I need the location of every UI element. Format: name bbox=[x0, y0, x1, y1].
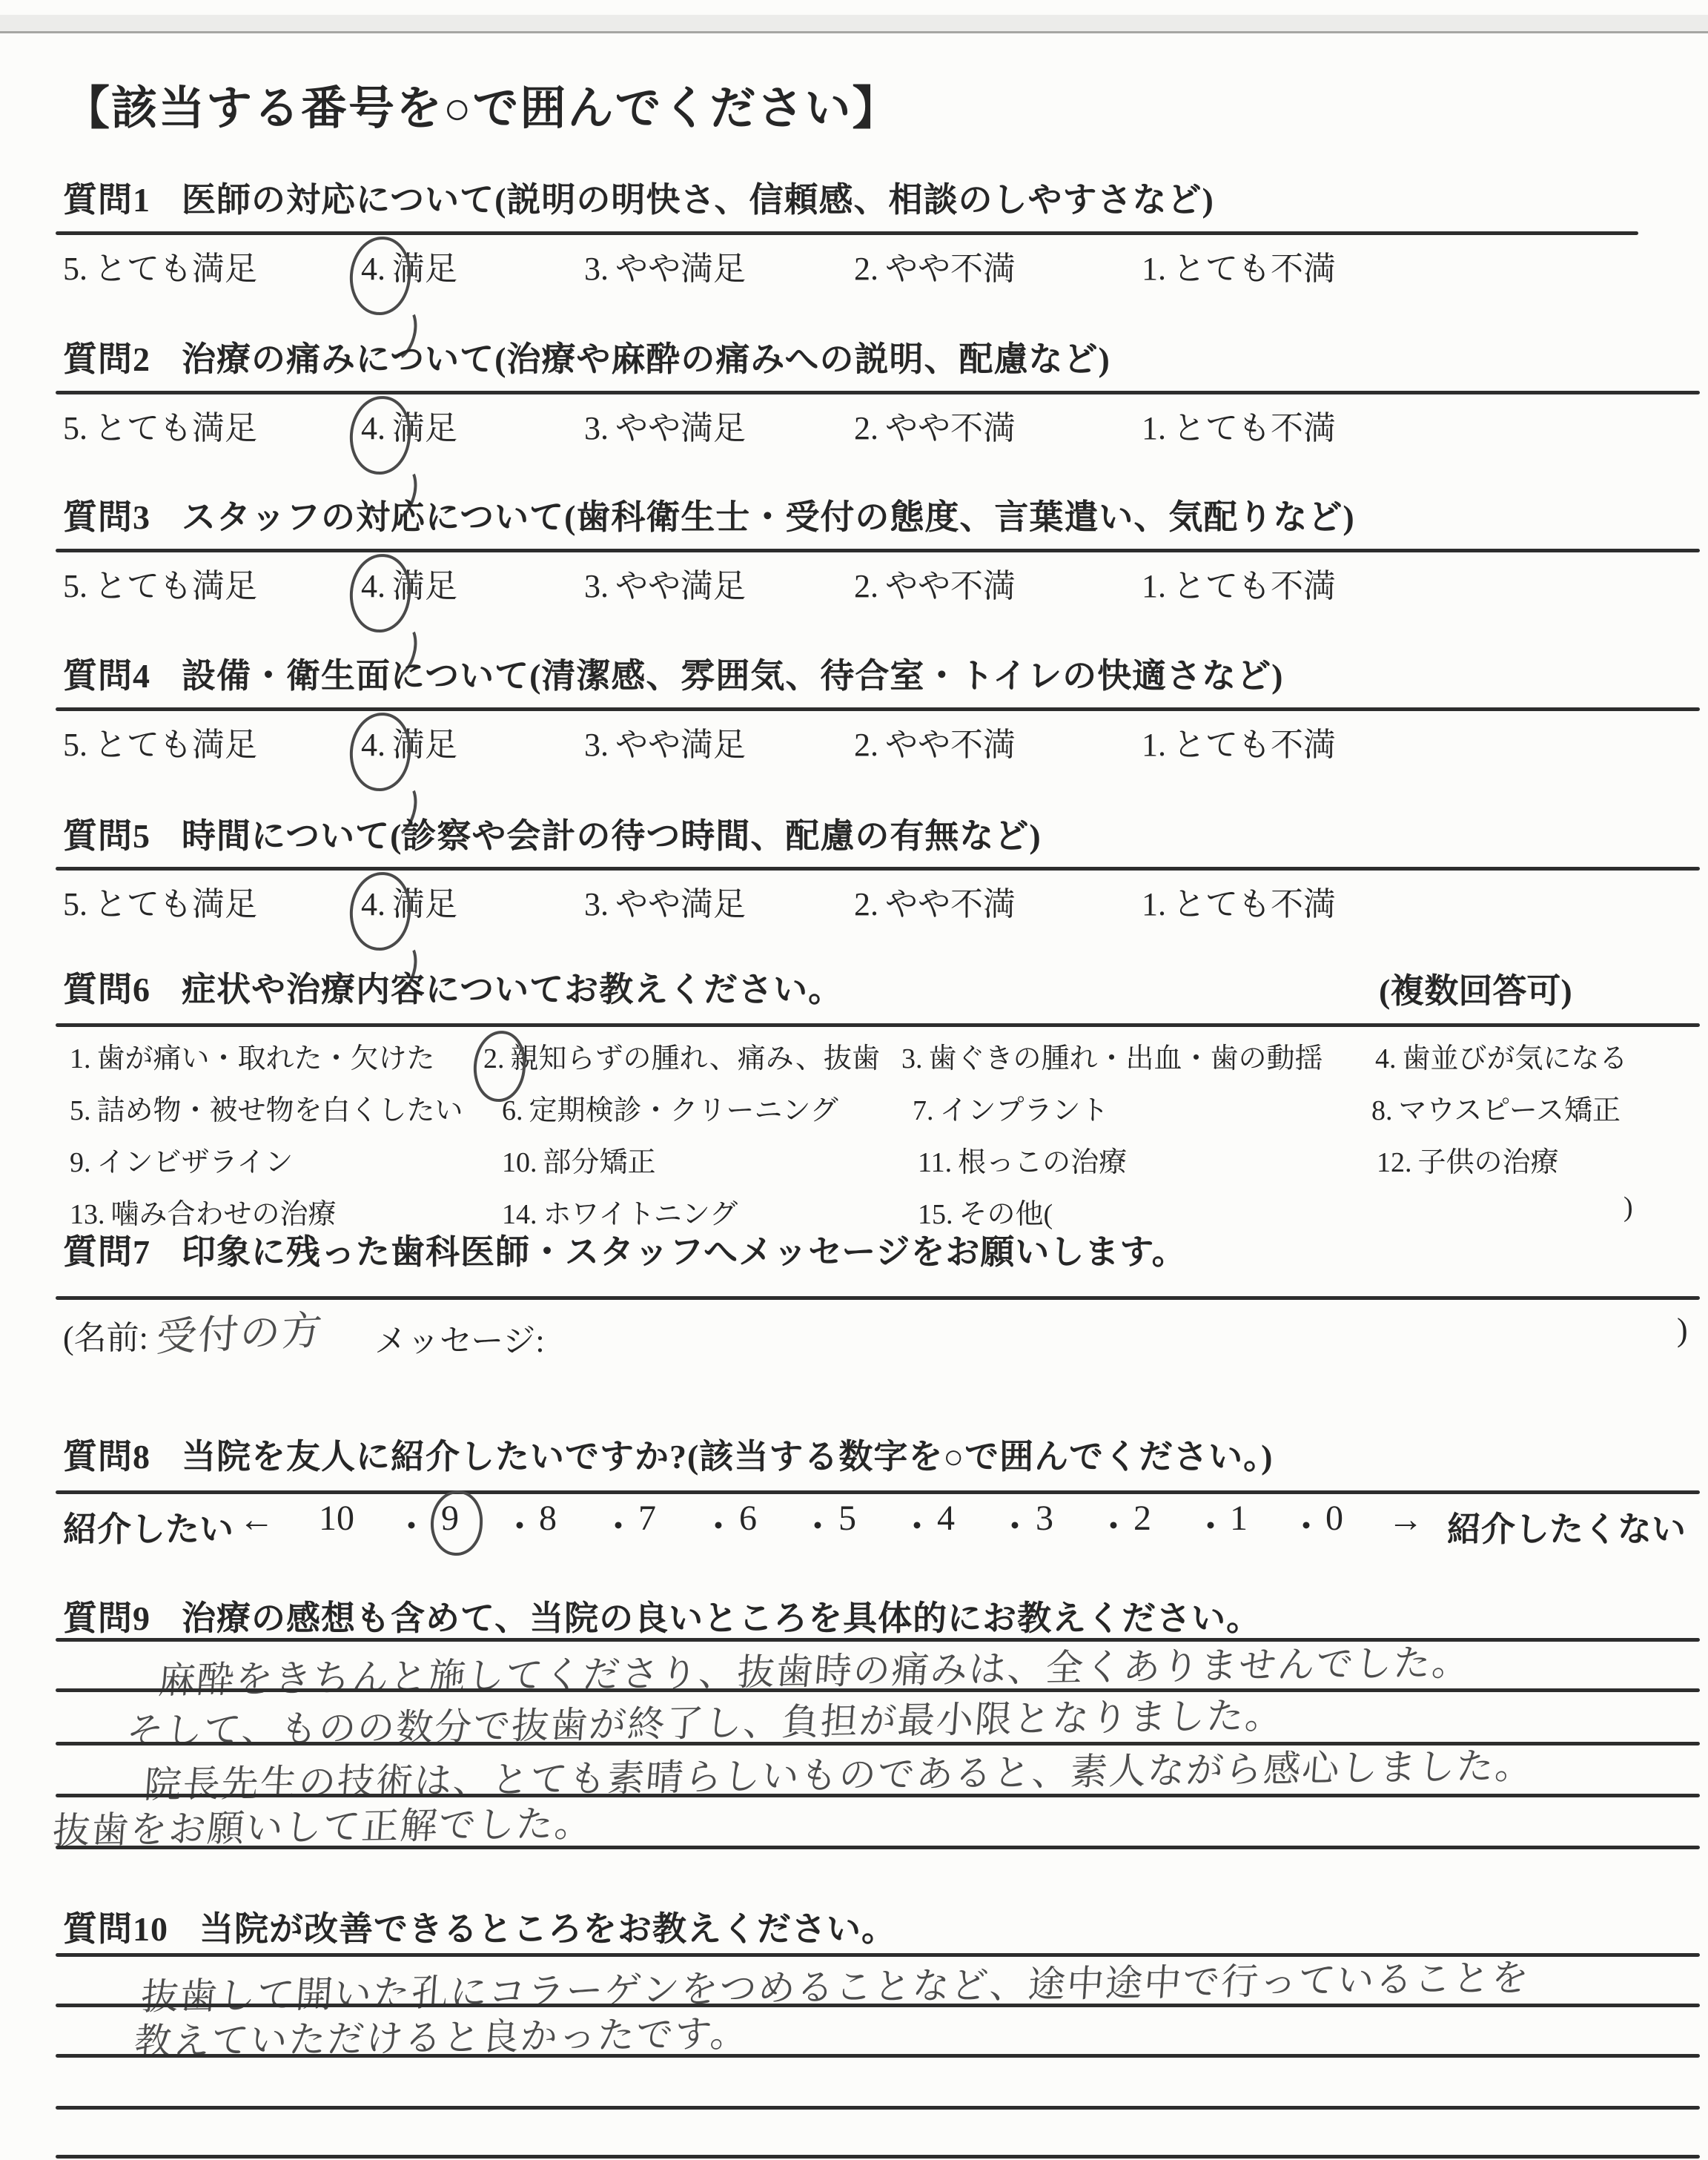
satisfaction-option: 1.とても不満 bbox=[1142, 559, 1336, 607]
nps-number: 5 bbox=[838, 1498, 856, 1539]
option-number: 5. bbox=[63, 886, 87, 922]
question-number: 質問8 bbox=[63, 1430, 150, 1479]
ruled-line bbox=[56, 2155, 1700, 2159]
satisfaction-option: 3.やや満足 bbox=[584, 559, 746, 607]
nps-number: 4 bbox=[937, 1498, 955, 1539]
dot-separator: ・ bbox=[701, 1498, 736, 1549]
dot-separator: ・ bbox=[997, 1498, 1033, 1549]
option-number: 3. bbox=[584, 568, 609, 604]
handwritten-circle: 2. bbox=[483, 1043, 511, 1075]
handwritten-circle: 4. bbox=[361, 409, 392, 447]
nps-number: 6 bbox=[739, 1498, 757, 1539]
option-number: 4. bbox=[361, 251, 385, 287]
item-label: インビザライン bbox=[97, 1147, 294, 1178]
item-label: 歯ぐきの腫れ・出血・歯の動揺 bbox=[929, 1043, 1323, 1074]
option-number: 1. bbox=[1142, 410, 1166, 446]
option-label: とても満足 bbox=[94, 251, 257, 287]
other-close-paren: ) bbox=[1623, 1191, 1633, 1223]
scan-edge-artifact bbox=[0, 15, 1708, 33]
item-label: マウスピース矯正 bbox=[1399, 1095, 1621, 1126]
symptom-item: 4.歯並びが気になる bbox=[1375, 1035, 1628, 1076]
nps-number: 1 bbox=[1230, 1498, 1248, 1539]
option-label: とても満足 bbox=[94, 410, 257, 446]
satisfaction-option: 2.やや不満 bbox=[854, 242, 1016, 289]
handwritten-circle: 9 bbox=[441, 1498, 459, 1539]
recommend-label: 紹介したい bbox=[63, 1502, 234, 1551]
option-label: とても不満 bbox=[1173, 886, 1336, 922]
satisfaction-option-selected: 4.満足 bbox=[361, 559, 457, 607]
satisfaction-option: 5.とても満足 bbox=[63, 559, 257, 607]
option-number: 3. bbox=[584, 886, 609, 922]
question-8-header: 質問8 当院を友人に紹介したいですか?(該当する数字を○で囲んでください。) bbox=[63, 1430, 1273, 1479]
question-7-header: 質問7 印象に残った歯科医師・スタッフへメッセージをお願いします。 bbox=[63, 1225, 1187, 1274]
multiple-answers-note: (複数回答可) bbox=[1379, 964, 1572, 1013]
satisfaction-option: 3.やや満足 bbox=[584, 877, 746, 925]
dot-separator: ・ bbox=[800, 1498, 835, 1549]
ruled-line bbox=[56, 707, 1700, 711]
satisfaction-option: 5.とても満足 bbox=[63, 401, 257, 449]
symptom-item: 9.インビザライン bbox=[70, 1139, 293, 1180]
nps-number-selected: 9 bbox=[441, 1498, 459, 1539]
option-label: とても不満 bbox=[1173, 727, 1336, 763]
question-10-header: 質問10 当院が改善できるところをお教えください。 bbox=[63, 1902, 896, 1951]
option-number: 3. bbox=[584, 410, 609, 446]
ruled-line bbox=[56, 1023, 1700, 1027]
item-number: 11. bbox=[918, 1147, 952, 1178]
close-paren: ) bbox=[1677, 1311, 1688, 1349]
satisfaction-option-selected: 4.満足 bbox=[361, 242, 457, 289]
left-arrow: ← bbox=[239, 1499, 274, 1540]
question-topic: 医師の対応について(説明の明快さ、信頼感、相談のしやすさなど) bbox=[182, 173, 1214, 222]
option-label: やや満足 bbox=[615, 410, 746, 446]
question-number: 質問10 bbox=[63, 1902, 168, 1951]
handwritten-name-answer: 受付の方 bbox=[154, 1298, 325, 1363]
option-number: 2. bbox=[854, 251, 878, 287]
symptom-item: 10.部分矯正 bbox=[502, 1139, 656, 1180]
satisfaction-option: 2.やや不満 bbox=[854, 559, 1016, 607]
item-label: 定期検診・クリーニング bbox=[529, 1095, 838, 1126]
dot-separator: ・ bbox=[1193, 1498, 1228, 1549]
question-2-header: 質問2 治療の痛みについて(治療や麻酔の痛みへの説明、配慮など) bbox=[63, 332, 1110, 381]
symptom-item: 11.根っこの治療 bbox=[918, 1139, 1127, 1180]
question-topic: 設備・衛生面について(清潔感、雰囲気、待合室・トイレの快適さなど) bbox=[182, 649, 1283, 698]
option-label: とても不満 bbox=[1173, 251, 1336, 287]
option-number: 5. bbox=[63, 727, 87, 763]
question-number: 質問4 bbox=[63, 649, 150, 698]
handwritten-circle: 4. bbox=[361, 726, 392, 764]
symptom-item-selected: 2.親知らずの腫れ、痛み、抜歯 bbox=[483, 1035, 880, 1076]
not-recommend-label: 紹介したくない bbox=[1447, 1502, 1686, 1551]
item-label: 歯並びが気になる bbox=[1403, 1043, 1628, 1074]
item-number: 1. bbox=[70, 1043, 91, 1074]
right-arrow: → bbox=[1388, 1499, 1423, 1540]
option-number: 4. bbox=[361, 727, 385, 763]
dot-separator: ・ bbox=[502, 1498, 537, 1549]
question-1-header: 質問1 医師の対応について(説明の明快さ、信頼感、相談のしやすさなど) bbox=[63, 173, 1214, 222]
question-number: 質問6 bbox=[63, 962, 150, 1011]
question-topic: スタッフの対応について(歯科衛生士・受付の態度、言葉遣い、気配りなど) bbox=[182, 490, 1355, 539]
question-3-header: 質問3 スタッフの対応について(歯科衛生士・受付の態度、言葉遣い、気配りなど) bbox=[63, 490, 1355, 539]
option-number: 2. bbox=[854, 410, 878, 446]
question-6-header: 質問6 症状や治療内容についてお教えください。 bbox=[63, 962, 843, 1011]
symptom-item: 3.歯ぐきの腫れ・出血・歯の動揺 bbox=[901, 1035, 1323, 1076]
option-label: やや不満 bbox=[885, 568, 1016, 604]
question-topic: 当院が改善できるところをお教えください。 bbox=[199, 1902, 896, 1951]
option-number: 4. bbox=[361, 410, 385, 446]
ruled-line bbox=[56, 549, 1700, 552]
option-label: やや満足 bbox=[615, 727, 746, 763]
ruled-line bbox=[56, 1846, 1700, 1849]
question-number: 質問5 bbox=[63, 809, 150, 858]
scanned-survey-page: 【該当する番号を○で囲んでください】 質問1 医師の対応について(説明の明快さ、… bbox=[0, 0, 1708, 2160]
nps-number: 7 bbox=[638, 1498, 656, 1539]
ruled-line bbox=[56, 1794, 1700, 1797]
question-number: 質問7 bbox=[63, 1225, 150, 1274]
question-topic: 時間について(診察や会計の待つ時間、配慮の有無など) bbox=[182, 809, 1042, 858]
option-number: 3. bbox=[584, 251, 609, 287]
question-1-options: 5.とても満足 4.満足 3.やや満足 2.やや不満 1.とても不満 bbox=[0, 242, 1708, 294]
satisfaction-option: 5.とても満足 bbox=[63, 242, 257, 289]
message-field-label: メッセージ: bbox=[374, 1314, 545, 1361]
handwritten-circle: 4. bbox=[361, 885, 392, 923]
nps-number: 8 bbox=[539, 1498, 557, 1539]
satisfaction-option: 5.とても満足 bbox=[63, 718, 257, 765]
name-field-label: (名前: bbox=[63, 1311, 148, 1358]
item-label: 子供の治療 bbox=[1418, 1147, 1559, 1178]
satisfaction-option-selected: 4.満足 bbox=[361, 718, 457, 765]
handwritten-circle: 4. bbox=[361, 567, 392, 605]
question-4-header: 質問4 設備・衛生面について(清潔感、雰囲気、待合室・トイレの快適さなど) bbox=[63, 649, 1283, 698]
question-5-header: 質問5 時間について(診察や会計の待つ時間、配慮の有無など) bbox=[63, 809, 1042, 858]
dot-separator: ・ bbox=[600, 1498, 636, 1549]
item-number: 4. bbox=[1375, 1043, 1397, 1074]
item-label: 根っこの治療 bbox=[958, 1147, 1127, 1178]
nps-number: 0 bbox=[1325, 1498, 1343, 1539]
option-label: とても満足 bbox=[94, 886, 257, 922]
item-number: 7. bbox=[913, 1095, 934, 1126]
item-number: 10. bbox=[502, 1147, 537, 1178]
item-number: 6. bbox=[502, 1095, 523, 1126]
nps-number-text: 9 bbox=[441, 1499, 459, 1538]
option-label: とても不満 bbox=[1173, 410, 1336, 446]
satisfaction-option-selected: 4.満足 bbox=[361, 401, 457, 449]
nps-number: 3 bbox=[1036, 1498, 1053, 1539]
option-label: やや不満 bbox=[885, 886, 1016, 922]
option-number: 5. bbox=[63, 410, 87, 446]
question-number: 質問1 bbox=[63, 173, 150, 222]
satisfaction-option: 1.とても不満 bbox=[1142, 401, 1336, 449]
symptom-item: 8.マウスピース矯正 bbox=[1371, 1087, 1621, 1128]
item-label: インプラント bbox=[940, 1095, 1109, 1126]
satisfaction-option: 3.やや満足 bbox=[584, 242, 746, 289]
question-number: 質問9 bbox=[63, 1591, 150, 1640]
question-topic: 症状や治療内容についてお教えください。 bbox=[182, 962, 843, 1011]
option-number: 5. bbox=[63, 568, 87, 604]
satisfaction-option-selected: 4.満足 bbox=[361, 877, 457, 925]
option-number: 4. bbox=[361, 568, 385, 604]
satisfaction-option: 1.とても不満 bbox=[1142, 242, 1336, 289]
option-number: 2. bbox=[854, 727, 878, 763]
dot-separator: ・ bbox=[394, 1498, 429, 1549]
option-number: 2. bbox=[854, 886, 878, 922]
ruled-line bbox=[56, 1490, 1700, 1494]
question-5-options: 5.とても満足 4.満足 3.やや満足 2.やや不満 1.とても不満 bbox=[0, 877, 1708, 929]
question-4-options: 5.とても満足 4.満足 3.やや満足 2.やや不満 1.とても不満 bbox=[0, 718, 1708, 770]
handwritten-circle: 4. bbox=[361, 250, 392, 288]
option-number: 5. bbox=[63, 251, 87, 287]
dot-separator: ・ bbox=[899, 1498, 935, 1549]
nps-number: 2 bbox=[1133, 1498, 1151, 1539]
option-number: 3. bbox=[584, 727, 609, 763]
question-topic: 当院を友人に紹介したいですか?(該当する数字を○で囲んでください。) bbox=[182, 1430, 1273, 1479]
item-label: 親知らずの腫れ、痛み、抜歯 bbox=[511, 1043, 881, 1074]
item-label: 詰め物・被せ物を白くしたい bbox=[97, 1095, 463, 1126]
option-number: 1. bbox=[1142, 568, 1166, 604]
option-number: 1. bbox=[1142, 886, 1166, 922]
item-number: 3. bbox=[901, 1043, 923, 1074]
satisfaction-option: 5.とても満足 bbox=[63, 877, 257, 925]
question-2-options: 5.とても満足 4.満足 3.やや満足 2.やや不満 1.とても不満 bbox=[0, 401, 1708, 453]
item-number: 5. bbox=[70, 1095, 91, 1126]
option-label: やや不満 bbox=[885, 727, 1016, 763]
item-number: 9. bbox=[70, 1147, 91, 1178]
option-label: やや満足 bbox=[615, 886, 746, 922]
item-number: 12. bbox=[1377, 1147, 1412, 1178]
ruled-line bbox=[56, 867, 1700, 871]
ruled-line bbox=[56, 391, 1700, 394]
option-label: やや満足 bbox=[615, 568, 746, 604]
option-label: とても満足 bbox=[94, 568, 257, 604]
satisfaction-option: 1.とても不満 bbox=[1142, 718, 1336, 765]
satisfaction-option: 2.やや不満 bbox=[854, 718, 1016, 765]
question-3-options: 5.とても満足 4.満足 3.やや満足 2.やや不満 1.とても不満 bbox=[0, 559, 1708, 611]
symptom-item: 12.子供の治療 bbox=[1377, 1139, 1559, 1180]
option-label: とても満足 bbox=[94, 727, 257, 763]
satisfaction-option: 3.やや満足 bbox=[584, 401, 746, 449]
question-number: 質問2 bbox=[63, 332, 150, 381]
symptom-item: 6.定期検診・クリーニング bbox=[502, 1087, 838, 1128]
dot-separator: ・ bbox=[1096, 1498, 1131, 1549]
option-number: 1. bbox=[1142, 251, 1166, 287]
symptom-item: 7.インプラント bbox=[913, 1087, 1109, 1128]
ruled-line bbox=[56, 2054, 1700, 2058]
question-topic: 印象に残った歯科医師・スタッフへメッセージをお願いします。 bbox=[182, 1225, 1187, 1274]
ruled-line bbox=[56, 2004, 1700, 2007]
question-topic: 治療の感想も含めて、当院の良いところを具体的にお教えください。 bbox=[182, 1591, 1261, 1640]
satisfaction-option: 2.やや不満 bbox=[854, 401, 1016, 449]
option-number: 4. bbox=[361, 886, 385, 922]
item-label: 歯が痛い・取れた・欠けた bbox=[97, 1043, 435, 1074]
option-number: 1. bbox=[1142, 727, 1166, 763]
option-label: とても不満 bbox=[1173, 568, 1336, 604]
ruled-line bbox=[56, 2106, 1700, 2110]
ruled-line bbox=[56, 231, 1638, 235]
item-number: 2. bbox=[483, 1043, 505, 1074]
option-number: 2. bbox=[854, 568, 878, 604]
dot-separator: ・ bbox=[1288, 1498, 1324, 1549]
satisfaction-option: 2.やや不満 bbox=[854, 877, 1016, 925]
question-9-header: 質問9 治療の感想も含めて、当院の良いところを具体的にお教えください。 bbox=[63, 1591, 1261, 1640]
option-label: やや不満 bbox=[885, 251, 1016, 287]
nps-number: 10 bbox=[319, 1498, 354, 1539]
question-topic: 治療の痛みについて(治療や麻酔の痛みへの説明、配慮など) bbox=[182, 332, 1110, 381]
option-label: やや不満 bbox=[885, 410, 1016, 446]
option-label: やや満足 bbox=[615, 251, 746, 287]
symptom-item: 1.歯が痛い・取れた・欠けた bbox=[70, 1035, 435, 1076]
question-number: 質問3 bbox=[63, 490, 150, 539]
symptom-item: 5.詰め物・被せ物を白くしたい bbox=[70, 1087, 463, 1128]
satisfaction-option: 3.やや満足 bbox=[584, 718, 746, 765]
page-title: 【該当する番号を○で囲んでください】 bbox=[64, 71, 899, 137]
item-label: 部分矯正 bbox=[543, 1147, 656, 1178]
item-number: 8. bbox=[1371, 1095, 1393, 1126]
satisfaction-option: 1.とても不満 bbox=[1142, 877, 1336, 925]
